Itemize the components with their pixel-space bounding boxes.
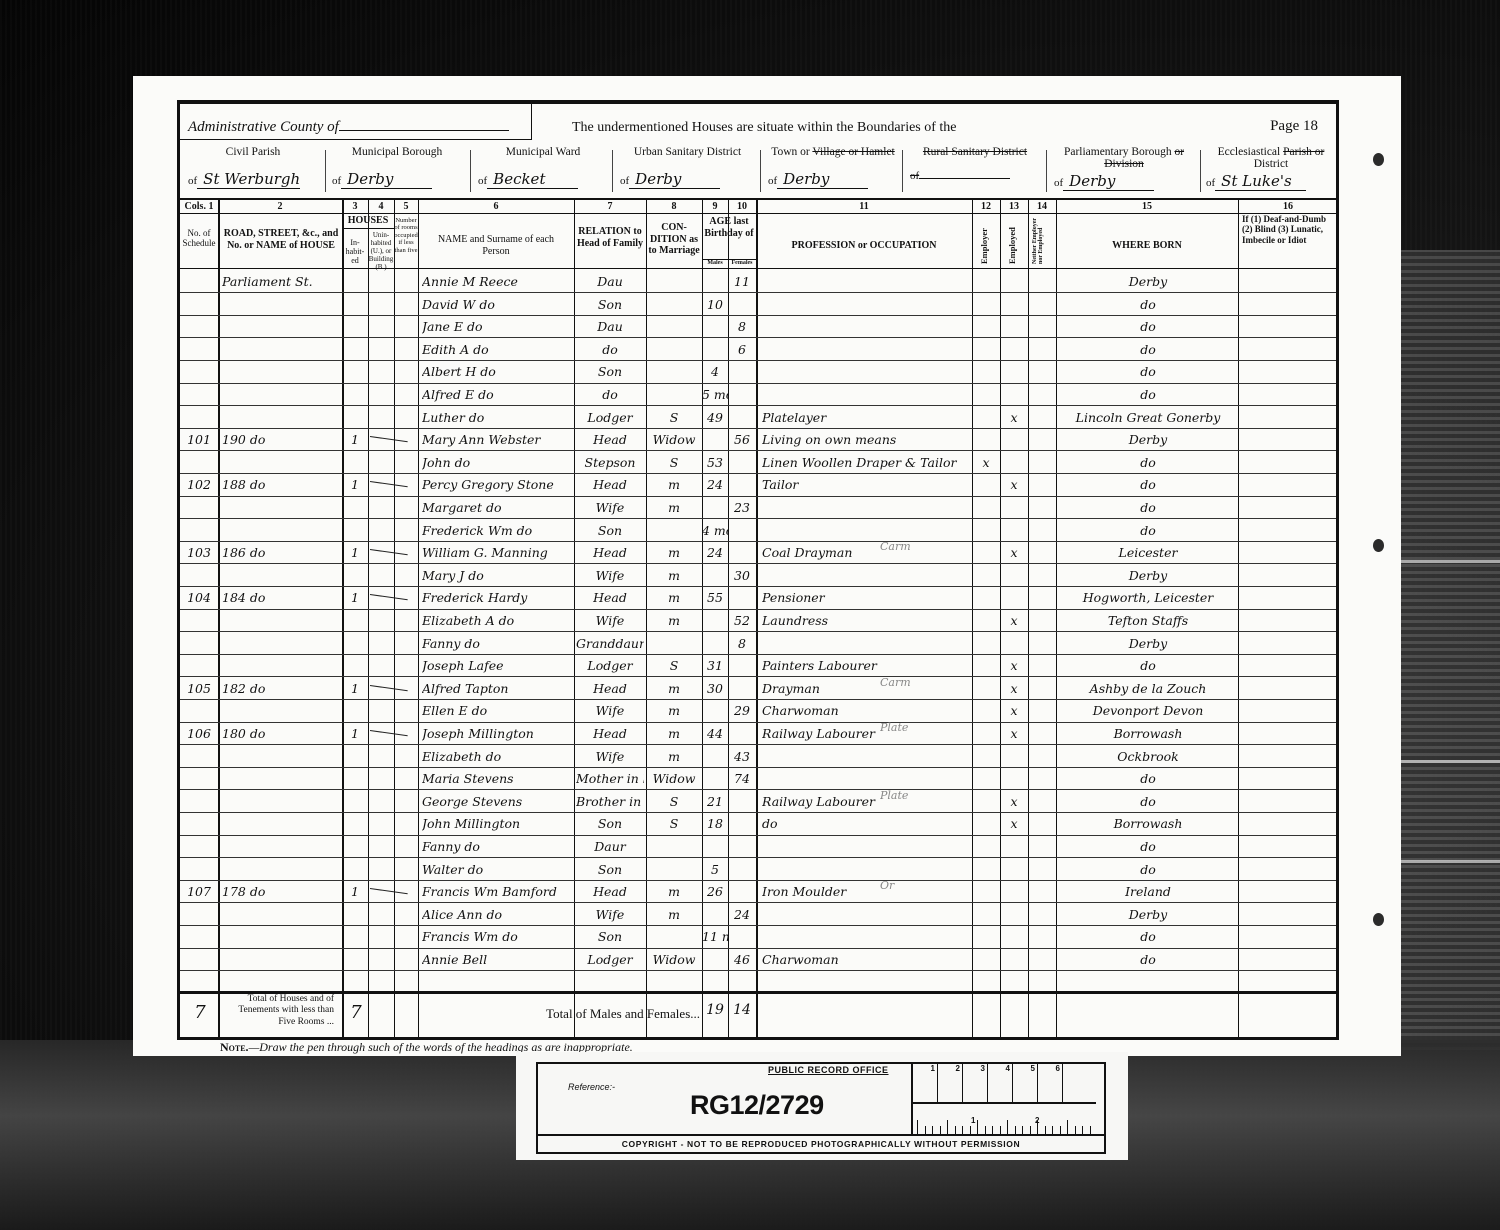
cell-neither: [1028, 338, 1056, 360]
census-form: Administrative County of The undermentio…: [177, 100, 1339, 1040]
cell-born: do: [1060, 293, 1236, 315]
cell-name: Fanny do: [422, 835, 572, 857]
cell-schedule: [182, 293, 216, 315]
table-row: John doStepsonS53Linen Woollen Draper & …: [180, 451, 1336, 474]
females-total: 14: [728, 1002, 756, 1018]
rural-sanitary-district-field: Rural Sanitary District of: [910, 146, 1040, 198]
cell-relation: Head: [576, 880, 644, 902]
cell-male-age: [702, 767, 728, 789]
cell-address: 188 do: [222, 473, 340, 495]
col-header-females: Females: [728, 260, 756, 267]
cell-infirmity: [1240, 519, 1336, 541]
cell-inhabited: [342, 790, 368, 812]
cell-occupation: [762, 903, 970, 925]
cell-schedule: 107: [182, 880, 216, 902]
cell-condition: Widow: [648, 948, 700, 970]
cell-female-age: [728, 451, 756, 473]
cell-infirmity: [1240, 451, 1336, 473]
cell-female-age: [728, 293, 756, 315]
cell-inhabited: 1: [342, 880, 368, 902]
cell-condition: [648, 338, 700, 360]
cell-male-age: 24: [702, 541, 728, 563]
cell-relation: Head: [576, 541, 644, 563]
cell-relation: Head: [576, 473, 644, 495]
cell-born: do: [1060, 383, 1236, 405]
cell-name: Annie M Reece: [422, 270, 572, 292]
cell-employed: x: [1000, 790, 1028, 812]
cell-female-age: [728, 722, 756, 744]
cell-condition: m: [648, 609, 700, 631]
cell-inhabited: [342, 745, 368, 767]
cell-employer: [972, 677, 1000, 699]
cell-born: Devonport Devon: [1060, 699, 1236, 721]
district-label: District: [1254, 158, 1289, 170]
cell-address: [222, 903, 340, 925]
cell-condition: [648, 293, 700, 315]
urban-sanitary-district-field: Urban Sanitary District ofDerby: [620, 146, 755, 198]
col-header-males: Males: [702, 260, 728, 267]
cell-name: Joseph Lafee: [422, 654, 572, 676]
parliamentary-borough-value: Derby: [1063, 172, 1154, 191]
cell-inhabited: 1: [342, 586, 368, 608]
cell-male-age: [702, 632, 728, 654]
cell-employed: x: [1000, 722, 1028, 744]
cell-employed: x: [1000, 406, 1028, 428]
cell-male-age: [702, 270, 728, 292]
cell-address: [222, 338, 340, 360]
cell-neither: [1028, 722, 1056, 744]
ruler-tick: [1082, 1126, 1083, 1134]
cell-female-age: 30: [728, 564, 756, 586]
cell-employer: [972, 858, 1000, 880]
col-num-6: 6: [418, 201, 574, 212]
punch-hole: [1373, 153, 1384, 166]
cell-infirmity: [1240, 338, 1336, 360]
cell-schedule: [182, 383, 216, 405]
table-row: 105182 do1Alfred TaptonHeadm30DraymanxAs…: [180, 677, 1336, 700]
table-row: 101190 do1Mary Ann WebsterHeadWidow56Liv…: [180, 428, 1336, 451]
cell-neither: [1028, 519, 1056, 541]
houses-rule: [342, 228, 394, 229]
cell-born: do: [1060, 360, 1236, 382]
col-header-rooms: Number of rooms occupied if less than fi…: [394, 217, 418, 254]
cell-inhabited: [342, 519, 368, 541]
cell-relation: Granddaur: [576, 632, 644, 654]
cell-male-age: 5 mo: [702, 383, 728, 405]
cell-employer: [972, 835, 1000, 857]
cell-condition: m: [648, 473, 700, 495]
occupation-annotation: Plate: [880, 716, 960, 738]
table-row: George StevensBrother in lawS21Railway L…: [180, 790, 1336, 813]
cell-employer: [972, 541, 1000, 563]
cell-employed: x: [1000, 699, 1028, 721]
cell-born: do: [1060, 315, 1236, 337]
of-label: of: [478, 175, 487, 187]
cell-neither: [1028, 677, 1056, 699]
cell-occupation: [762, 835, 970, 857]
col-header-address: ROAD, STREET, &c., and No. or NAME of HO…: [222, 228, 340, 251]
cell-condition: m: [648, 745, 700, 767]
town-value: Derby: [777, 170, 868, 189]
col-header-neither: Neither Employer nor Employed: [1032, 216, 1044, 264]
cell-address: [222, 564, 340, 586]
cell-name: Alfred E do: [422, 383, 572, 405]
cell-employer: [972, 519, 1000, 541]
table-row: Luther doLodgerS49PlatelayerxLincoln Gre…: [180, 406, 1336, 429]
col-num-15: 15: [1056, 201, 1238, 212]
cell-inhabited: 1: [342, 677, 368, 699]
cell-name: Percy Gregory Stone: [422, 473, 572, 495]
cell-condition: S: [648, 790, 700, 812]
cell-inhabited: [342, 360, 368, 382]
cell-inhabited: [342, 293, 368, 315]
cell-relation: Lodger: [576, 948, 644, 970]
ruler-cm: 1 2 3 4 5 6: [913, 1064, 1096, 1104]
cell-occupation: Platelayer: [762, 406, 970, 428]
cell-name: Jane E do: [422, 315, 572, 337]
cell-condition: S: [648, 654, 700, 676]
males-total: 19: [702, 1002, 728, 1018]
persons-total-label: Total of Males and Females...: [540, 1006, 700, 1022]
cell-employed: [1000, 270, 1028, 292]
cell-address: [222, 632, 340, 654]
cell-rooms: [394, 564, 418, 586]
ruler-tick: [1030, 1126, 1031, 1134]
cell-male-age: [702, 609, 728, 631]
ecclesiastical-district-value: St Luke's: [1215, 172, 1306, 191]
table-row: David W doSon10do: [180, 293, 1336, 316]
cell-female-age: 8: [728, 632, 756, 654]
of-label: of: [188, 175, 197, 187]
cell-employed: x: [1000, 677, 1028, 699]
cell-rooms: [394, 293, 418, 315]
ruler-tick: 3: [963, 1064, 988, 1102]
cell-relation: Son: [576, 360, 644, 382]
ruler-tick: [1075, 1126, 1076, 1134]
municipal-borough-value: Derby: [341, 170, 432, 189]
cell-address: [222, 496, 340, 518]
col-header-employer: Employer: [979, 216, 989, 264]
col-num-13: 13: [1000, 201, 1028, 212]
cell-born: Derby: [1060, 632, 1236, 654]
ruler-inch-label: 1: [971, 1116, 975, 1125]
cell-employer: [972, 767, 1000, 789]
cell-schedule: 101: [182, 428, 216, 450]
cell-infirmity: [1240, 586, 1336, 608]
table-row: Alfred E dodo5 modo: [180, 383, 1336, 406]
cell-address: [222, 699, 340, 721]
cell-male-age: 10: [702, 293, 728, 315]
scan-streak: [1400, 760, 1500, 763]
cell-employed: x: [1000, 812, 1028, 834]
cell-inhabited: 1: [342, 541, 368, 563]
cell-employed: x: [1000, 541, 1028, 563]
cell-born: do: [1060, 835, 1236, 857]
table-row: Maria StevensMother in lawWidow74do: [180, 767, 1336, 790]
col-header-houses: HOUSES: [342, 215, 394, 227]
table-row: Albert H doSon4do: [180, 360, 1336, 383]
col-header-where-born: WHERE BORN: [1056, 240, 1238, 252]
cell-inhabited: [342, 315, 368, 337]
cell-inhabited: [342, 835, 368, 857]
table-row: Alice Ann doWifem24Derby: [180, 903, 1336, 926]
cell-born: Derby: [1060, 564, 1236, 586]
municipal-ward-label: Municipal Ward: [478, 146, 608, 158]
cell-schedule: [182, 496, 216, 518]
reference-label: Reference:-: [568, 1082, 615, 1092]
cell-rooms: [394, 699, 418, 721]
table-row: Francis Wm doSon11 modo: [180, 925, 1336, 948]
cell-born: do: [1060, 654, 1236, 676]
ruler-tick: [1067, 1120, 1068, 1134]
cell-employed: [1000, 858, 1028, 880]
cell-infirmity: [1240, 925, 1336, 947]
cell-inhabited: 1: [342, 428, 368, 450]
ruler-tick: [962, 1126, 963, 1134]
cell-employed: [1000, 835, 1028, 857]
note-label: Note.: [220, 1040, 249, 1054]
col-num-8: 8: [646, 201, 702, 212]
ruler-tick: [932, 1126, 933, 1134]
cell-born: Lincoln Great Gonerby: [1060, 406, 1236, 428]
cell-inhabited: [342, 812, 368, 834]
cell-occupation: [762, 632, 970, 654]
census-rows: Parliament St.Annie M ReeceDau11DerbyDav…: [180, 270, 1336, 990]
cell-female-age: [728, 858, 756, 880]
cell-born: do: [1060, 338, 1236, 360]
header-rule: [180, 198, 1336, 200]
cell-born: do: [1060, 948, 1236, 970]
cell-schedule: 105: [182, 677, 216, 699]
cell-address: [222, 383, 340, 405]
cell-occupation: [762, 745, 970, 767]
cell-occupation: [762, 564, 970, 586]
cell-schedule: [182, 609, 216, 631]
cell-address: [222, 609, 340, 631]
cell-born: do: [1060, 519, 1236, 541]
cell-neither: [1028, 925, 1056, 947]
rural-sanitary-district-label: Rural Sanitary District: [910, 146, 1040, 158]
scan-streak: [1400, 860, 1500, 863]
occupation-annotation: Or: [880, 874, 960, 896]
cell-infirmity: [1240, 699, 1336, 721]
cell-inhabited: [342, 406, 368, 428]
cell-address: [222, 654, 340, 676]
cell-name: Frederick Hardy: [422, 586, 572, 608]
cell-employed: [1000, 745, 1028, 767]
cell-born: do: [1060, 790, 1236, 812]
admin-county-blank: [339, 118, 509, 131]
cell-employer: [972, 338, 1000, 360]
table-row: Jane E doDau8do: [180, 315, 1336, 338]
cell-employed: [1000, 880, 1028, 902]
cell-relation: Son: [576, 812, 644, 834]
cell-relation: Son: [576, 858, 644, 880]
divider: [902, 150, 903, 192]
cell-schedule: [182, 270, 216, 292]
cell-rooms: [394, 496, 418, 518]
cell-neither: [1028, 609, 1056, 631]
ruler-tick: 5: [1013, 1064, 1038, 1102]
of-label: of: [768, 175, 777, 187]
cell-name: Francis Wm Bamford: [422, 880, 572, 902]
cell-relation: Son: [576, 519, 644, 541]
cell-born: Tefton Staffs: [1060, 609, 1236, 631]
cell-condition: [648, 632, 700, 654]
cell-born: do: [1060, 451, 1236, 473]
table-row: Mary J doWifem30Derby: [180, 564, 1336, 587]
cell-female-age: 52: [728, 609, 756, 631]
col-num-1: Cols. 1: [180, 201, 218, 212]
cell-address: 186 do: [222, 541, 340, 563]
schedules-total: 7: [184, 1002, 216, 1023]
table-row: John MillingtonSonS18doxBorrowash: [180, 812, 1336, 835]
cell-employed: [1000, 632, 1028, 654]
ruler-tick: [947, 1120, 948, 1134]
cell-occupation: Living on own means: [762, 428, 970, 450]
cell-male-age: 55: [702, 586, 728, 608]
cell-inhabited: [342, 496, 368, 518]
cell-female-age: [728, 541, 756, 563]
cell-rooms: [394, 519, 418, 541]
cell-employer: [972, 722, 1000, 744]
cell-female-age: 6: [728, 338, 756, 360]
col-header-occupation: PROFESSION or OCCUPATION: [756, 240, 972, 252]
cell-name: Joseph Millington: [422, 722, 572, 744]
cell-condition: [648, 519, 700, 541]
archive-reference-label: PUBLIC RECORD OFFICE Reference:- RG12/27…: [516, 1052, 1128, 1160]
cell-female-age: 8: [728, 315, 756, 337]
cell-born: do: [1060, 473, 1236, 495]
table-row: Edith A dodo6do: [180, 338, 1336, 361]
cell-inhabited: 1: [342, 722, 368, 744]
cell-male-age: 4: [702, 360, 728, 382]
cell-infirmity: [1240, 360, 1336, 382]
cell-condition: m: [648, 496, 700, 518]
cell-condition: [648, 360, 700, 382]
record-office-label: PUBLIC RECORD OFFICE: [768, 1065, 889, 1075]
cell-neither: [1028, 632, 1056, 654]
cell-rooms: [394, 338, 418, 360]
page-number: Page 18: [1270, 118, 1318, 135]
cell-name: Ellen E do: [422, 699, 572, 721]
col-num-3: 3: [342, 201, 368, 212]
occupation-annotation: Plate: [880, 784, 960, 806]
cell-name: George Stevens: [422, 790, 572, 812]
cell-relation: Lodger: [576, 654, 644, 676]
cell-condition: S: [648, 812, 700, 834]
cell-employed: [1000, 519, 1028, 541]
cell-neither: [1028, 858, 1056, 880]
cell-male-age: [702, 496, 728, 518]
cell-infirmity: [1240, 745, 1336, 767]
cell-address: [222, 858, 340, 880]
cell-schedule: 102: [182, 473, 216, 495]
cell-condition: Widow: [648, 767, 700, 789]
cell-male-age: 21: [702, 790, 728, 812]
cell-male-age: 5: [702, 858, 728, 880]
cell-infirmity: [1240, 496, 1336, 518]
cell-neither: [1028, 903, 1056, 925]
cell-infirmity: [1240, 812, 1336, 834]
cell-rooms: [394, 745, 418, 767]
cell-name: Elizabeth A do: [422, 609, 572, 631]
ruler-tick: [1090, 1126, 1091, 1134]
cell-condition: m: [648, 541, 700, 563]
cell-schedule: [182, 564, 216, 586]
cell-female-age: [728, 406, 756, 428]
cell-occupation: do: [762, 812, 970, 834]
cell-employed: [1000, 564, 1028, 586]
ruler-tick: [1060, 1126, 1061, 1134]
cell-employed: [1000, 925, 1028, 947]
cell-name: David W do: [422, 293, 572, 315]
cell-name: Annie Bell: [422, 948, 572, 970]
cell-address: [222, 767, 340, 789]
ruler-tick: [992, 1126, 993, 1134]
cell-neither: [1028, 790, 1056, 812]
cell-born: do: [1060, 925, 1236, 947]
punch-hole: [1373, 913, 1384, 926]
cell-rooms: [394, 948, 418, 970]
cell-male-age: 24: [702, 473, 728, 495]
cell-employer: [972, 360, 1000, 382]
ruler-tick: [1052, 1126, 1053, 1134]
cell-neither: [1028, 880, 1056, 902]
col-header-employed: Employed: [1007, 216, 1017, 264]
cell-schedule: [182, 948, 216, 970]
ruler-tick: [970, 1126, 971, 1134]
col-num-5: 5: [394, 201, 418, 212]
cell-relation: Wife: [576, 564, 644, 586]
table-row: 102188 do1Percy Gregory StoneHeadm24Tail…: [180, 473, 1336, 496]
cell-male-age: 44: [702, 722, 728, 744]
municipal-ward-value: Becket: [487, 170, 578, 189]
cell-inhabited: [342, 451, 368, 473]
divider: [1046, 150, 1047, 192]
divider: [470, 150, 471, 192]
table-row: Elizabeth A doWifem52LaundressxTefton St…: [180, 609, 1336, 632]
cell-born: Borrowash: [1060, 812, 1236, 834]
copyright-notice: COPYRIGHT - NOT TO BE REPRODUCED PHOTOGR…: [538, 1134, 1104, 1152]
ruler-tick: [1000, 1126, 1001, 1134]
cell-infirmity: [1240, 315, 1336, 337]
cell-infirmity: [1240, 677, 1336, 699]
cell-condition: m: [648, 699, 700, 721]
cell-condition: m: [648, 586, 700, 608]
occupation-annotation: Carm: [880, 535, 960, 557]
cell-name: Fanny do: [422, 632, 572, 654]
of-label: of: [910, 170, 919, 182]
cell-relation: Mother in law: [576, 767, 644, 789]
cell-female-age: [728, 812, 756, 834]
cell-schedule: [182, 745, 216, 767]
cell-relation: Wife: [576, 609, 644, 631]
cell-name: Alice Ann do: [422, 903, 572, 925]
cell-neither: [1028, 270, 1056, 292]
cell-condition: S: [648, 406, 700, 428]
cell-employed: [1000, 360, 1028, 382]
cell-name: Albert H do: [422, 360, 572, 382]
parliamentary-borough-label: Parliamentary Borough: [1064, 146, 1172, 158]
col-header-schedule: No. of Schedule: [180, 228, 218, 249]
cell-address: [222, 835, 340, 857]
cell-employer: [972, 699, 1000, 721]
cell-infirmity: [1240, 880, 1336, 902]
cell-born: Hogworth, Leicester: [1060, 586, 1236, 608]
cell-neither: [1028, 654, 1056, 676]
cell-condition: [648, 858, 700, 880]
